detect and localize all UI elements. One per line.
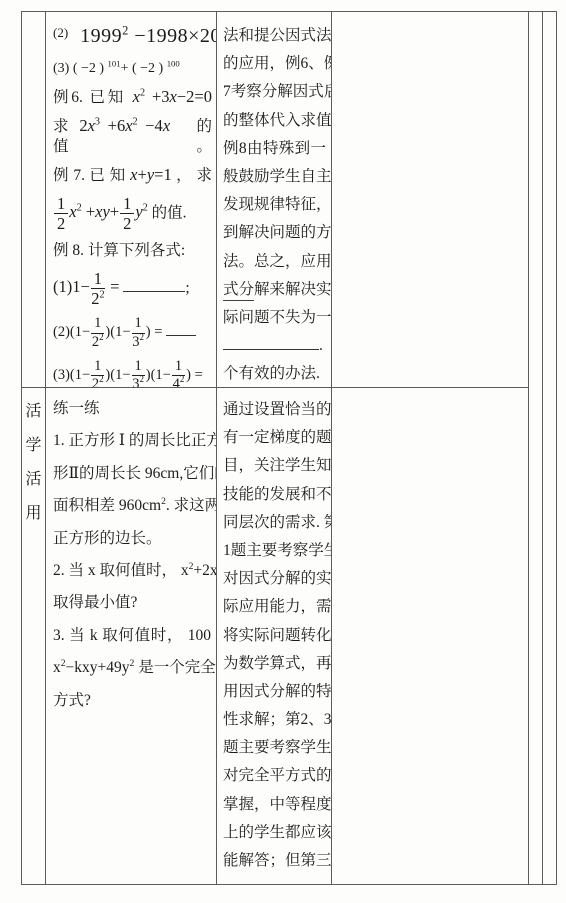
practice-line: x2−kxy+49y2 是一个完全平 [53,652,211,684]
right-margin-column-2 [542,12,556,884]
practice-line: 取得最小值? [53,587,211,619]
comment-line: 际应用能力，需要 [223,593,326,621]
comment-line: 对完全平方式的 [223,762,326,790]
math-line: (1)1−122 = ; [53,270,212,308]
row1-math-examples-cell: (2)19992 −1998×2002(3) ( −2 ) 101+ ( −2 … [46,12,217,388]
comment-line: 将实际问题转化 [223,622,326,650]
practice-line: 面积相差 960cm2. 求这两个 [53,490,211,522]
row2-label-cell: 活学活用 [22,388,46,884]
row1-comment-cell: 法和提公因式法的应用，例6、例7考察分解因式后的整体代入求值，例8由特殊到一般鼓… [217,12,332,388]
math-line: 12x2 +xy+12y2 的值. [53,195,212,233]
comment-line: 性求解；第2、3 [223,706,326,734]
practice-line: 形Ⅱ的周长长 96cm,它们的 [53,458,211,490]
comment-line: 题主要考察学生 [223,734,326,762]
comment-line: 7考察分解因式后 [223,78,326,106]
comment-line: 式分解来解决实 [223,276,326,304]
comment-line: 例8由特殊到一 [223,135,326,163]
comment-line: 技能的发展和不 [223,481,326,509]
comment-line: 到解决问题的方 [223,219,326,247]
comment-line: 个有效的办法. [223,360,326,388]
vertical-label-char: 活 [22,463,45,497]
practice-line: 练一练 [53,393,211,425]
math-line: 例6. 已知 x2 +3x−2=0 [53,87,212,108]
practice-line: 1. 正方形 Ⅰ 的周长比正方 [53,425,211,457]
row2-empty-cell [332,388,528,884]
vertical-label-char: 用 [22,497,45,531]
right-margin-column-1 [528,12,542,884]
practice-line: 正方形的边长。 [53,523,211,555]
vertical-label-char: 活 [22,395,45,429]
comment-line: 法。总之，应用因 [223,248,326,276]
math-line: (3) ( −2 ) 101+ ( −2 ) 100 [53,58,212,78]
comment-line: 发现规律特征，找 [223,191,326,219]
row2-comment-cell: 通过设置恰当的、有一定梯度的题目，关注学生知识技能的发展和不同层次的需求. 第1… [217,388,332,884]
comment-line: 上的学生都应该 [223,819,326,847]
math-line: (2)19992 −1998×2002 [53,24,212,49]
comment-line: 的应用，例6、例 [223,50,326,78]
comment-line: 通过设置恰当的、 [223,396,326,424]
practice-line: 3. 当 k 取何值时， 100 [53,620,211,652]
comment-line: . [223,332,326,360]
comment-line: 的整体代入求值， [223,107,326,135]
lesson-plan-table: (2)19992 −1998×2002(3) ( −2 ) 101+ ( −2 … [21,11,557,885]
practice-line: 2. 当 x 取何值时， x2+2x+1 [53,555,211,587]
comment-line: 有一定梯度的题 [223,424,326,452]
comment-line: 为数学算式，再利 [223,650,326,678]
table-main-grid: (2)19992 −1998×2002(3) ( −2 ) 101+ ( −2 … [22,12,528,884]
comment-line: 法和提公因式法 [223,22,326,50]
row1-label-cell [22,12,46,388]
math-line: 例 7. 已 知 x+y=1 ， 求 [53,165,212,186]
comment-line: 1题主要考察学生 [223,537,326,565]
math-line: (2)(1−122)(1−132) = [53,316,212,349]
comment-line: 掌握，中等程度以 [223,791,326,819]
math-line: 求 2x3 +6x2 −4x 的值。 [53,116,212,156]
row1-empty-cell [332,12,528,388]
comment-line: 能解答；但第三题 [223,847,326,875]
comment-line: 般鼓励学生自主 [223,163,326,191]
comment-line: 目，关注学生知识 [223,452,326,480]
comment-line: 际问题不失为一 [223,304,326,332]
practice-line: 方式? [53,685,211,717]
comment-line: 用因式分解的特 [223,678,326,706]
math-line: 例 8. 计算下列各式: [53,241,212,260]
comment-line: 对因式分解的实 [223,565,326,593]
math-line: (3)(1−122)(1−132)(1−142) = [53,359,212,388]
row2-practice-cell: 练一练1. 正方形 Ⅰ 的周长比正方形Ⅱ的周长长 96cm,它们的面积相差 96… [46,388,217,884]
comment-line: 同层次的需求. 第 [223,509,326,537]
vertical-label-char: 学 [22,429,45,463]
